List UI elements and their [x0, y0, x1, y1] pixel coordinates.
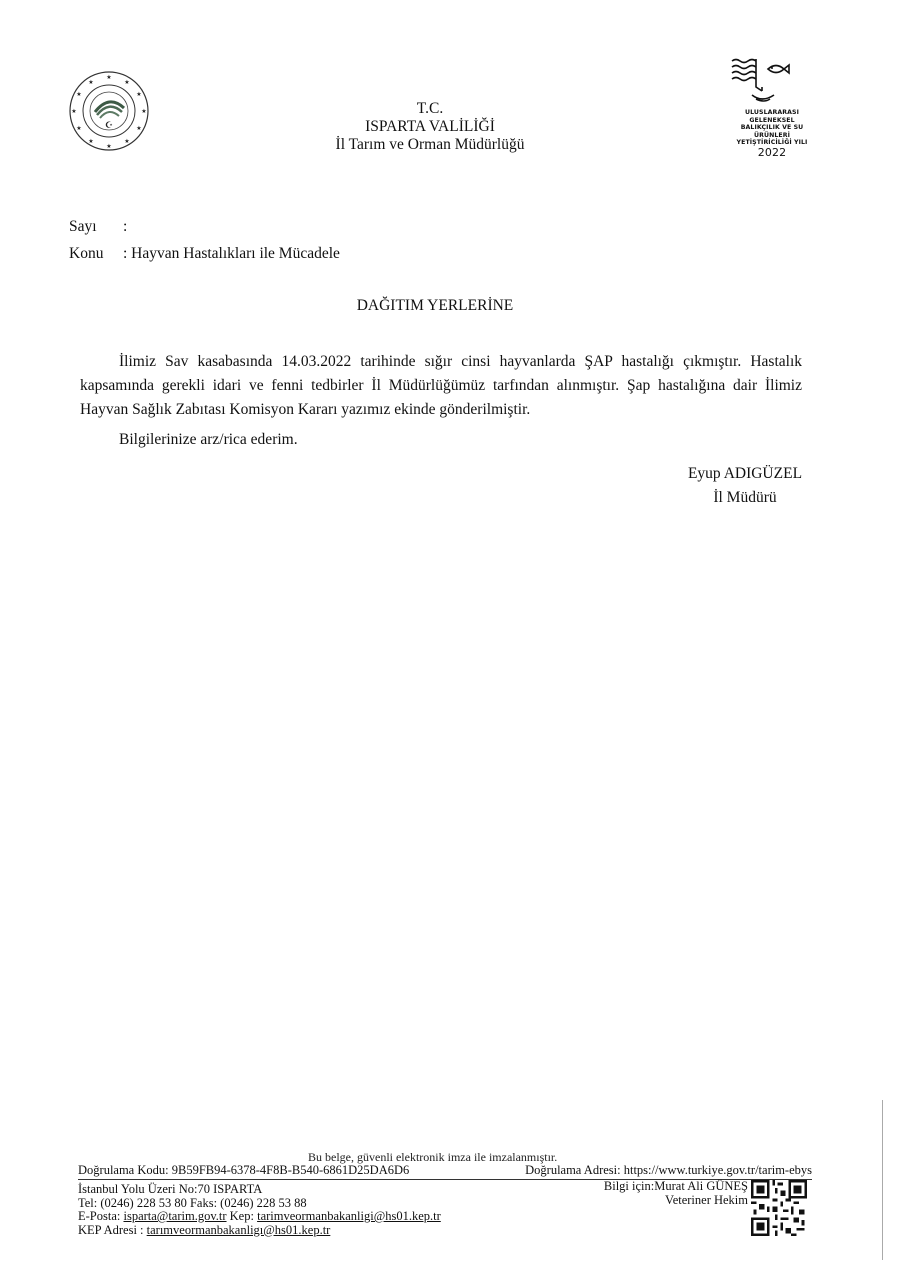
- qr-code-icon[interactable]: [751, 1180, 807, 1236]
- body-paragraph-1: İlimiz Sav kasabasında 14.03.2022 tarihi…: [80, 350, 802, 422]
- number-label: Sayı: [69, 218, 123, 236]
- svg-text:★: ★: [88, 79, 93, 86]
- kep-link[interactable]: tarimveormanbakanligi@hs01.kep.tr: [257, 1209, 441, 1223]
- body-paragraph-2: Bilgilerinize arz/rica ederim.: [80, 428, 802, 452]
- header-governorship: ISPARTA VALİLİĞİ: [300, 118, 560, 136]
- kep-address-label: KEP Adresi :: [78, 1223, 147, 1237]
- distribution-heading: DAĞITIM YERLERİNE: [0, 297, 870, 315]
- fish-and-waves-logo-icon: [722, 55, 822, 105]
- kep-address-link[interactable]: tarımveormanbakanligı@hs01.kep.tr: [147, 1223, 331, 1237]
- info-contact-name: Bilgi için:Murat Ali GÜNEŞ: [580, 1180, 748, 1194]
- contact-block: İstanbul Yolu Üzeri No:70 ISPARTA Tel: (…: [78, 1183, 441, 1237]
- subject-row: Konu: Hayvan Hastalıkları ile Mücadele: [69, 245, 340, 263]
- verification-code: Doğrulama Kodu: 9B59FB94-6378-4F8B-B540-…: [78, 1163, 409, 1178]
- info-contact-block: Bilgi için:Murat Ali GÜNEŞ Veteriner Hek…: [580, 1180, 748, 1207]
- svg-text:★: ★: [76, 125, 81, 132]
- svg-text:★: ★: [106, 143, 111, 150]
- scan-edge-line: [882, 1100, 883, 1260]
- kep-label: Kep:: [227, 1209, 258, 1223]
- logo-text-line-1: ULUSLARARASI GELENEKSEL: [722, 109, 822, 124]
- svg-text:★: ★: [106, 74, 111, 81]
- number-value: :: [123, 218, 127, 235]
- verification-row: Doğrulama Kodu: 9B59FB94-6378-4F8B-B540-…: [78, 1163, 812, 1180]
- svg-text:☪: ☪: [105, 121, 113, 131]
- logo-text-line-2: BALIKÇILIK VE SU ÜRÜNLERİ: [722, 124, 822, 139]
- subject-value: : Hayvan Hastalıkları ile Mücadele: [123, 245, 340, 262]
- signature-block: Eyup ADIGÜZEL İl Müdürü: [660, 462, 830, 510]
- svg-text:★: ★: [88, 138, 93, 145]
- document-header: T.C. ISPARTA VALİLİĞİ İl Tarım ve Orman …: [300, 100, 560, 154]
- svg-text:★: ★: [76, 91, 81, 98]
- svg-text:★: ★: [136, 91, 141, 98]
- svg-text:★: ★: [124, 138, 129, 145]
- ministry-seal-icon: ★ ★ ★ ★ ★ ★ ★ ★ ★ ★ ★ ★ ☪: [68, 70, 150, 152]
- logo-year: 2022: [722, 147, 822, 158]
- signatory-title: İl Müdürü: [660, 486, 830, 510]
- info-contact-title: Veteriner Hekim: [580, 1194, 748, 1208]
- email-link[interactable]: isparta@tarim.gov.tr: [123, 1209, 226, 1223]
- subject-label: Konu: [69, 245, 123, 263]
- phone-fax: Tel: (0246) 228 53 80 Faks: (0246) 228 5…: [78, 1197, 441, 1211]
- verification-address[interactable]: Doğrulama Adresi: https://www.turkiye.go…: [525, 1163, 812, 1178]
- svg-text:★: ★: [136, 125, 141, 132]
- header-directorate: İl Tarım ve Orman Müdürlüğü: [300, 136, 560, 154]
- email-label: E-Posta:: [78, 1209, 123, 1223]
- svg-text:★: ★: [71, 108, 76, 115]
- number-row: Sayı:: [69, 218, 127, 236]
- signatory-name: Eyup ADIGÜZEL: [660, 462, 830, 486]
- header-tc: T.C.: [300, 100, 560, 118]
- svg-text:★: ★: [141, 108, 146, 115]
- kep-address-row: KEP Adresi : tarımveormanbakanligı@hs01.…: [78, 1224, 441, 1238]
- svg-text:★: ★: [124, 79, 129, 86]
- postal-address: İstanbul Yolu Üzeri No:70 ISPARTA: [78, 1183, 441, 1197]
- letter-body: İlimiz Sav kasabasında 14.03.2022 tarihi…: [80, 350, 802, 452]
- email-row: E-Posta: isparta@tarim.gov.tr Kep: tarim…: [78, 1210, 441, 1224]
- fisheries-year-2022-logo: ULUSLARARASI GELENEKSEL BALIKÇILIK VE SU…: [722, 55, 822, 155]
